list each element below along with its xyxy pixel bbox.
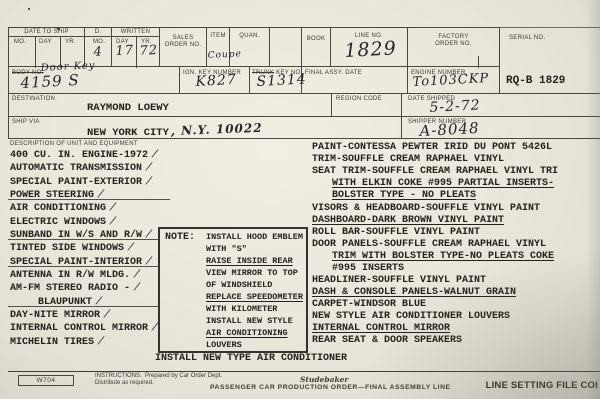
final-assy-date-label: FINAL ASSY. DATE bbox=[305, 70, 362, 77]
option-line: HEADLINER-SOUFFLE VINYL PAINT bbox=[312, 275, 486, 286]
equipment-row: AIR CONDITIONING∕ bbox=[10, 201, 115, 214]
option-line: PAINT-CONTESSA PEWTER IRID DU PONT 5426L bbox=[312, 142, 552, 153]
equipment-row: ELECTRIC WINDOWS∕ bbox=[10, 215, 115, 228]
note-line: OF WINDSHIELD bbox=[206, 280, 272, 290]
sales-order-label-1: SALES bbox=[160, 35, 206, 42]
ship-via-label: SHIP VIA bbox=[12, 119, 40, 126]
note-line: REPLACE SPEEDOMETER bbox=[206, 292, 303, 302]
written-day-value: 17 bbox=[115, 43, 134, 59]
footer-rule bbox=[8, 371, 600, 372]
yr-label: YR. bbox=[65, 39, 76, 46]
equipment-item: ELECTRIC WINDOWS bbox=[10, 217, 106, 228]
note-line: AIR CONDITIONING bbox=[206, 328, 288, 338]
ign-key-value: K827 bbox=[195, 72, 237, 90]
check-mark-icon: ∕ bbox=[98, 188, 104, 200]
equipment-item: INTERNAL CONTROL MIRROR bbox=[10, 323, 148, 334]
check-mark-icon: ∕ bbox=[134, 268, 140, 280]
pen-separator-line bbox=[8, 306, 158, 307]
field-serial-no-value: RQ-B 1829 bbox=[500, 67, 600, 94]
check-mark-icon: ∕ bbox=[152, 321, 158, 333]
pen-separator-line bbox=[8, 266, 158, 267]
mo-label: MO. bbox=[14, 39, 26, 46]
option-line: TRIM-SOUFFLE CREAM RAPHAEL VINYL bbox=[312, 154, 504, 165]
check-mark-icon: ∕ bbox=[96, 295, 102, 307]
destination-value: RAYMOND LOEWY bbox=[87, 102, 169, 114]
footer-instructions: INSTRUCTIONS: Prepared by Car Order Dept… bbox=[95, 373, 222, 387]
body-no-value: 4159 S bbox=[20, 71, 80, 92]
field-quantity: QUAN. bbox=[230, 27, 270, 67]
equipment-item: TINTED SIDE WINDOWS bbox=[10, 243, 124, 254]
note-line: VIEW MIRROR TO TOP bbox=[206, 268, 298, 278]
ship-via-handwritten: , N.Y. 10022 bbox=[170, 121, 262, 138]
date-shipped-value: 5-2-72 bbox=[429, 97, 481, 116]
field-date-shipped: DATE SHIPPED 5-2-72 bbox=[402, 94, 600, 117]
ship-via-value: NEW YORK CITY, N.Y. 10022 bbox=[87, 124, 263, 139]
field-written-day-year: WRITTEN DAY YR. 17 72 bbox=[112, 27, 160, 67]
equipment-row: TINTED SIDE WINDOWS∕ bbox=[10, 241, 133, 254]
engine-number-value: To103CKP bbox=[412, 71, 489, 90]
cell-divider bbox=[35, 37, 36, 68]
book-label: BOOK bbox=[302, 36, 330, 43]
note-line: INSTALL HOOD EMBLEM bbox=[206, 232, 303, 242]
option-line: SEAT TRIM-SOUFFLE CREAM RAPHAEL VINYL TR… bbox=[312, 166, 558, 177]
field-ign-key-number: IGN. KEY NUMBER K827 bbox=[180, 67, 250, 94]
option-line: #995 INSERTS bbox=[332, 263, 404, 274]
instructions-line-2: Distribute as required. bbox=[95, 380, 154, 386]
paper-background: DATE TO SHIP MO. DAY YR. D. MO. 4 WRITTE… bbox=[0, 0, 600, 399]
written-label: WRITTEN bbox=[112, 29, 159, 36]
document-title: PASSENGER CAR PRODUCTION ORDER—FINAL ASS… bbox=[210, 384, 451, 391]
equipment-row: DAY-NITE MIRROR∕ bbox=[10, 308, 109, 321]
sales-order-label-2: ORDER NO. bbox=[160, 42, 206, 49]
destination-label: DESTINATION bbox=[12, 96, 55, 103]
option-line: DASHBOARD-DARK BROWN VINYL PAINT bbox=[312, 215, 504, 226]
option-line: BOLSTER TYPE - NO PLEATS bbox=[332, 190, 476, 201]
d-header: D. bbox=[85, 28, 111, 37]
option-line: NEW STYLE AIR CONDITIONER LOUVERS bbox=[312, 311, 510, 322]
option-line: ROLL BAR-SOUFFLE VINYL PAINT bbox=[312, 227, 480, 238]
studebaker-logo: Studebaker bbox=[300, 375, 348, 384]
note-line: WITH KILOMETER bbox=[206, 304, 277, 314]
pen-separator-line bbox=[8, 239, 158, 240]
note-label: NOTE: bbox=[165, 232, 195, 243]
paper-speck bbox=[28, 8, 30, 10]
field-ship-via: SHIP VIA NEW YORK CITY, N.Y. 10022 bbox=[8, 117, 402, 139]
check-mark-icon: ∕ bbox=[152, 148, 158, 160]
written-year-value: 72 bbox=[139, 43, 158, 59]
field-final-assy-date: FINAL ASSY. DATE bbox=[302, 67, 408, 94]
check-mark-icon: ∕ bbox=[146, 255, 152, 267]
equipment-item: DAY-NITE MIRROR bbox=[10, 310, 100, 321]
trunk-key-value: S1314 bbox=[256, 71, 307, 90]
equipment-row: ANTENNA IN R/W MLDG.∕ bbox=[10, 268, 139, 281]
equipment-item: AIR CONDITIONING bbox=[10, 203, 106, 214]
quan-label: QUAN. bbox=[230, 33, 269, 40]
check-mark-icon: ∕ bbox=[110, 215, 116, 227]
field-line-no: LINE NO. 1829 bbox=[331, 27, 408, 67]
serial-no-value: RQ-B 1829 bbox=[506, 75, 565, 87]
region-code-label: REGION CODE bbox=[336, 96, 382, 103]
equipment-row: AM-FM STEREO RADIO -∕ bbox=[10, 281, 139, 294]
equipment-row: 400 CU. IN. ENGINE-1972∕ bbox=[10, 148, 157, 161]
ship-via-typed: NEW YORK CITY bbox=[87, 127, 169, 139]
check-mark-icon: ∕ bbox=[128, 241, 134, 253]
check-mark-icon: ∕ bbox=[146, 175, 152, 187]
equipment-row: SPECIAL PAINT-EXTERIOR∕ bbox=[10, 175, 151, 188]
equipment-item: SPECIAL PAINT-EXTERIOR bbox=[10, 177, 142, 188]
option-line: TRIM WITH BOLSTER TYPE-NO PLEATS COKE bbox=[332, 251, 554, 262]
field-serial-no: SERIAL NO. bbox=[500, 27, 600, 67]
note-box: NOTE: INSTALL HOOD EMBLEM WITH "S" RAISE… bbox=[158, 227, 308, 353]
equipment-section-label: DESCRIPTION OF UNIT AND EQUIPMENT bbox=[10, 141, 138, 148]
equipment-item: AUTOMATIC TRANSMISSION bbox=[10, 163, 142, 174]
field-book: BOOK bbox=[302, 27, 331, 67]
date-to-ship-label: DATE TO SHIP bbox=[9, 29, 84, 36]
instructions-line-1: INSTRUCTIONS: Prepared by Car Order Dept… bbox=[95, 373, 222, 379]
equipment-item: ANTENNA IN R/W MLDG. bbox=[10, 270, 130, 281]
check-mark-icon: ∕ bbox=[110, 201, 116, 213]
date-to-ship-header: DATE TO SHIP bbox=[9, 28, 84, 37]
field-factory-order-no: FACTORY ORDER NO. bbox=[408, 27, 500, 67]
equipment-item: MICHELIN TIRES bbox=[10, 337, 94, 348]
check-mark-icon: ∕ bbox=[134, 281, 140, 293]
option-line: DOOR PANELS-SOUFFLE CREAM RAPHAEL VINYL bbox=[312, 239, 546, 250]
field-engine-number: ENGINE NUMBER To103CKP bbox=[408, 67, 500, 94]
option-line: REAR SEAT & DOOR SPEAKERS bbox=[312, 335, 462, 346]
option-line: DASH & CONSOLE PANELS-WALNUT GRAIN bbox=[312, 287, 516, 298]
pen-separator-line bbox=[8, 199, 170, 200]
shipper-number-value: A-8048 bbox=[419, 119, 480, 140]
equipment-row: MICHELIN TIRES∕ bbox=[10, 335, 103, 348]
field-blank bbox=[270, 27, 302, 67]
option-line: VISORS & HEADBOARD-SOUFFLE VINYL PAINT bbox=[312, 203, 540, 214]
item-label: ITEM bbox=[207, 33, 229, 40]
option-line: INTERNAL CONTROL MIRROR bbox=[312, 323, 450, 334]
equipment-item: AM-FM STEREO RADIO - bbox=[10, 283, 130, 294]
field-shipper-number: SHIPPER NUMBER A-8048 bbox=[402, 117, 600, 139]
install-note-line: INSTALL NEW TYPE AIR CONDITIONER bbox=[155, 353, 347, 364]
scanned-production-order: { "scan": { "header": { "date_to_ship": … bbox=[0, 0, 600, 399]
cell-divider bbox=[136, 37, 137, 68]
written-header: WRITTEN bbox=[112, 28, 159, 37]
equipment-item: 400 CU. IN. ENGINE-1972 bbox=[10, 150, 148, 161]
equipment-row: INTERNAL CONTROL MIRROR∕ bbox=[10, 321, 157, 334]
field-sales-order-no: SALES ORDER NO. bbox=[160, 27, 207, 67]
field-trunk-key-no: TRUNK KEY NO. S1314 bbox=[250, 67, 302, 94]
field-region-code: REGION CODE bbox=[332, 94, 402, 117]
field-body-no: BODY NO. Door Key 4159 S bbox=[8, 67, 180, 94]
check-mark-icon: ∕ bbox=[98, 335, 104, 347]
written-month-value: 4 bbox=[93, 45, 103, 60]
line-no-value: 1829 bbox=[344, 37, 397, 62]
copy-type-label: LINE SETTING FILE COI bbox=[455, 380, 598, 391]
note-line: WITH "S" bbox=[206, 244, 247, 254]
check-mark-icon: ∕ bbox=[104, 308, 110, 320]
serial-no-label: SERIAL NO. bbox=[509, 35, 545, 42]
d-label: D. bbox=[85, 29, 111, 36]
note-line: INSTALL NEW STYLE bbox=[206, 316, 293, 326]
check-mark-icon: ∕ bbox=[146, 161, 152, 173]
factory-order-label-2: ORDER NO. bbox=[408, 41, 499, 48]
field-destination: DESTINATION RAYMOND LOEWY bbox=[8, 94, 332, 117]
equipment-row: AUTOMATIC TRANSMISSION∕ bbox=[10, 161, 151, 174]
option-line: CARPET-WINDSOR BLUE bbox=[312, 299, 426, 310]
day-label: DAY bbox=[39, 39, 52, 46]
field-item: ITEM Coupe bbox=[207, 27, 230, 67]
factory-order-label-1: FACTORY bbox=[408, 34, 499, 41]
form-number-box: W704 bbox=[18, 375, 74, 386]
note-line: RAISE INSIDE REAR bbox=[206, 256, 293, 266]
note-line: LOUVERS bbox=[206, 340, 242, 350]
check-mark-icon: ∕ bbox=[146, 228, 152, 240]
option-line: WITH ELKIN COKE #995 PARTIAL INSERTS- bbox=[332, 178, 554, 189]
